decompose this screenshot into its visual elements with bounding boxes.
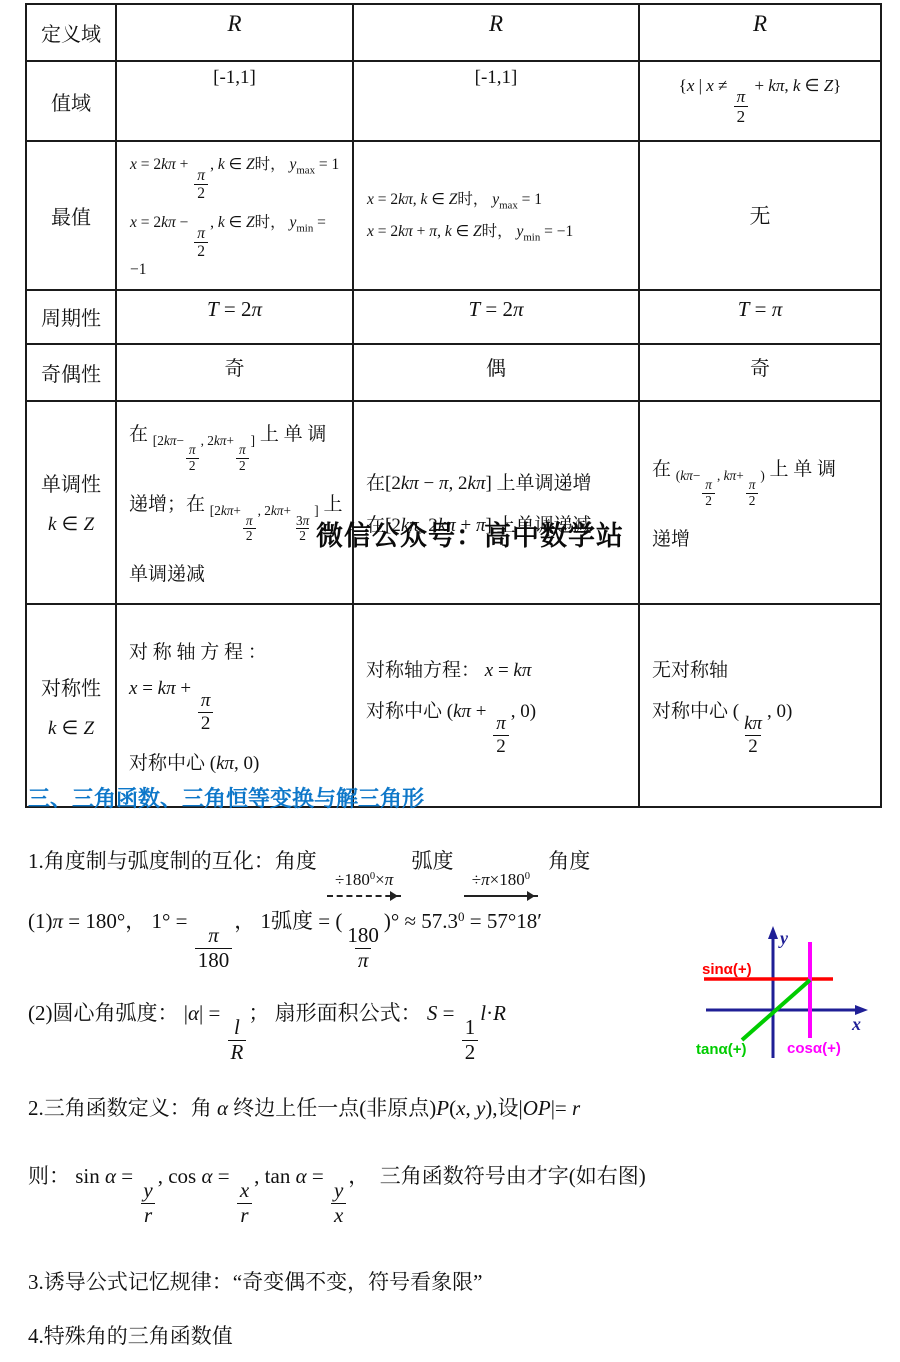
arrow-right-icon [464,890,538,897]
para-1-2: (2)圆心角弧度： |α| = lR； 扇形面积公式： S = 12l·R [28,997,506,1064]
cell-domain-tan: R [639,4,881,61]
para-4: 4.特殊角的三角函数值 [28,1320,233,1350]
para-1-prefix: 1.角度制与弧度制的互化： [28,849,275,873]
x-axis-label: x [851,1014,861,1034]
trig-properties-table: 定义域 R R R 值域 [-1,1] [-1,1] {x | x ≠ π2 +… [25,3,882,808]
para-1-1: (1)π = 180°， 1° = π180， 1弧度 = (180π)° ≈ … [28,905,542,972]
cell-extrema-cos: x = 2kπ, k ∈ Z时， ymax = 1x = 2kπ + π, k … [353,141,639,290]
cell-domain-cos: R [353,4,639,61]
conversion-arrow-1-label: ÷1800×π [327,870,401,890]
row-range: 值域 [-1,1] [-1,1] {x | x ≠ π2 + kπ, k ∈ Z… [26,61,881,141]
row-symmetry: 对称性 k ∈ Z 对 称 轴 方 程 ：x = kπ + π2对称中心 (kπ… [26,604,881,807]
arrow-right-dashed-icon [327,890,401,897]
y-axis-label: y [778,928,789,948]
watermark: 微信公众号：高中数学站 [316,514,624,553]
conversion-arrow-1: ÷1800×π [327,870,401,897]
cell-symmetry-sin: 对 称 轴 方 程 ：x = kπ + π2对称中心 (kπ, 0) [116,604,353,807]
row-label-parity: 奇偶性 [26,344,116,401]
para-1: 1.角度制与弧度制的互化：角度 ÷1800×π 弧度 ÷π×1800 角度 [28,845,590,897]
para-3: 3.诱导公式记忆规律：“奇变偶不变，符号看象限” [28,1266,482,1296]
sin-label: sinα(+) [702,961,752,978]
cell-monotonicity-cos: 在[2kπ − π, 2kπ] 上单调递增在[2kπ, 2kπ + π] 上单调… [353,401,639,605]
conversion-arrow-2: ÷π×1800 [464,870,538,897]
section-heading: 三、三角函数、三角恒等变换与解三角形 [28,782,424,813]
cell-domain-sin: R [116,4,353,61]
cell-parity-tan: 奇 [639,344,881,401]
cell-parity-sin: 奇 [116,344,353,401]
row-period: 周期性 T = 2π T = 2π T = π [26,290,881,344]
cell-monotonicity-tan: 在 (kπ−π2, kπ+π2) 上 单 调递增 [639,401,881,605]
cell-range-cos: [-1,1] [353,61,639,141]
row-monotonicity: 单调性 k ∈ Z 在 [2kπ−π2, 2kπ+π2] 上 单 调递增；在 [… [26,401,881,605]
sign-diagram: y x sinα(+) cosα(+) tanα(+) [688,922,888,1074]
y-axis-arrow-icon [768,926,778,939]
cell-range-sin: [-1,1] [116,61,353,141]
row-label-period: 周期性 [26,290,116,344]
row-label-range: 值域 [26,61,116,141]
row-label-symmetry: 对称性 k ∈ Z [26,604,116,807]
row-domain: 定义域 R R R [26,4,881,61]
row-parity: 奇偶性 奇 偶 奇 [26,344,881,401]
page: 定义域 R R R 值域 [-1,1] [-1,1] {x | x ≠ π2 +… [0,0,900,1362]
row-label-extrema: 最值 [26,141,116,290]
cell-parity-cos: 偶 [353,344,639,401]
cell-extrema-tan: 无 [639,141,881,290]
para-2-formulas: 则： sin α = yr, cos α = xr, tan α = yx， 三… [28,1160,646,1227]
cell-extrema-sin: x = 2kπ + π2, k ∈ Z时， ymax = 1x = 2kπ − … [116,141,353,290]
cell-period-sin: T = 2π [116,290,353,344]
para-2: 2.三角函数定义：角 α 终边上任一点(非原点)P(x, y),设|OP|= r [28,1092,580,1122]
cell-period-tan: T = π [639,290,881,344]
cell-period-cos: T = 2π [353,290,639,344]
tan-label: tanα(+) [696,1041,746,1058]
cos-label: cosα(+) [787,1040,841,1057]
cell-range-tan: {x | x ≠ π2 + kπ, k ∈ Z} [639,61,881,141]
conversion-arrow-2-label: ÷π×1800 [464,870,538,890]
row-label-monotonicity: 单调性 k ∈ Z [26,401,116,605]
para-1-term-radian: 弧度 [411,849,453,873]
row-label-domain: 定义域 [26,4,116,61]
cell-symmetry-tan: 无对称轴对称中心 (kπ2, 0) [639,604,881,807]
para-1-term-degree-2: 角度 [548,849,590,873]
cell-monotonicity-sin: 在 [2kπ−π2, 2kπ+π2] 上 单 调递增；在 [2kπ+π2, 2k… [116,401,353,605]
cell-symmetry-cos: 对称轴方程： x = kπ对称中心 (kπ + π2, 0) [353,604,639,807]
para-1-term-degree: 角度 [275,849,317,873]
row-extrema: 最值 x = 2kπ + π2, k ∈ Z时， ymax = 1x = 2kπ… [26,141,881,290]
